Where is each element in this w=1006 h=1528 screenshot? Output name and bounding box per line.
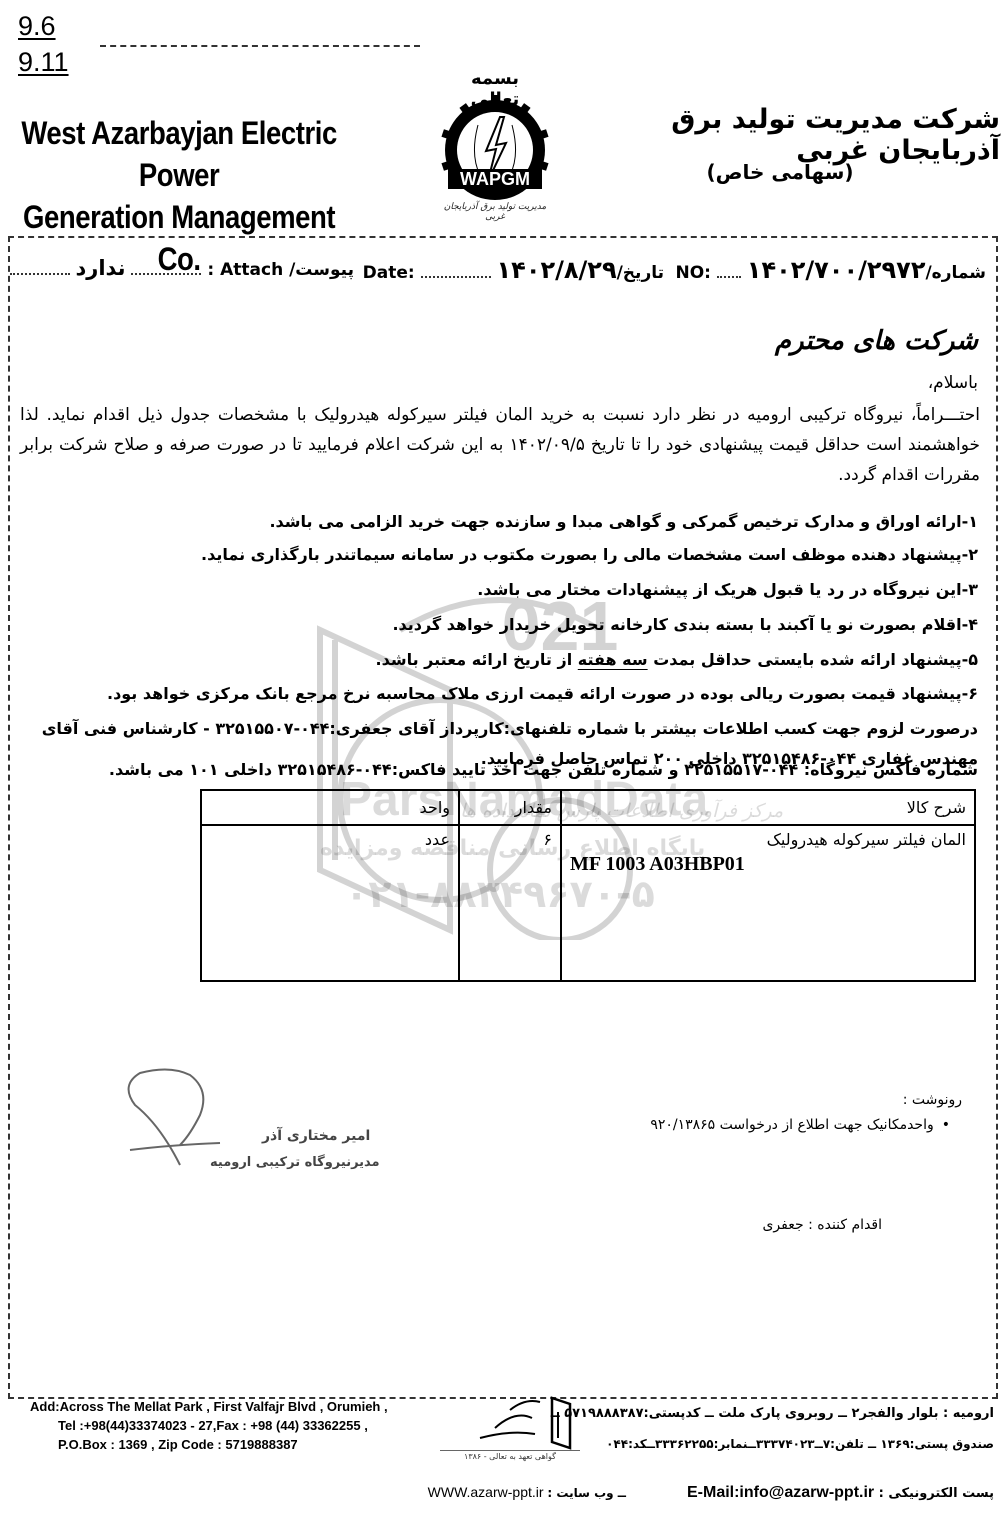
cc-item: واحدمکانیک جهت اطلاع از درخواست ۹۲۰/۱۳۸۶… <box>650 1117 950 1133</box>
header-description: شرح کالا <box>561 790 975 825</box>
item-unit: عدد <box>201 825 459 981</box>
company-name-fa: شرکت مدیریت تولید برق آذربایجان غربی <box>560 104 1000 166</box>
letter-date-value: ۱۴۰۲/۸/۲۹ <box>497 256 617 284</box>
condition-3: ۳-این نیروگاه در رد یا قبول هریک از پیشن… <box>477 580 978 599</box>
website-link[interactable]: WWW.azarw-ppt.ir <box>428 1484 544 1500</box>
emphasis-three-weeks: سه هفته <box>578 650 648 669</box>
letter-number: شماره/NO: ۱۴۰۲/۷۰۰/۲۹۷۲ <box>675 256 986 284</box>
letter-number-value: ۱۴۰۲/۷۰۰/۲۹۷۲ <box>747 256 926 284</box>
items-table: شرح کالا مقدار واحد المان فیلتر سیرکوله … <box>200 789 976 982</box>
item-description: المان فیلتر سیرکوله هیدرولیک MF 1003 A03… <box>561 825 975 981</box>
footer-tel-fa: صندوق پستی:۱۳۶۹ ــ تلفن:۷ــ۳۳۳۷۴۰۲۳ــنما… <box>606 1437 994 1451</box>
ref-number-1: 9.6 <box>18 12 56 41</box>
footer-website: WWW.azarw-ppt.ir ــ وب سایت : <box>428 1484 626 1500</box>
award-caption: گواهی تعهد به تعالی - ۱۳۸۶ <box>440 1450 580 1461</box>
header-unit: واحد <box>201 790 459 825</box>
intro-paragraph: احتـــراماً، نیروگاه ترکیبی ارومیه در نظ… <box>20 400 980 490</box>
email-link[interactable]: E-Mail:info@azarw-ppt.ir <box>687 1484 874 1501</box>
item-code: MF 1003 A03HBP01 <box>570 853 966 876</box>
footer-email: E-Mail:info@azarw-ppt.ir پست الکترونیکی … <box>687 1484 994 1502</box>
footer-address-fa: ارومیه : بلوار والفجر۲ ــ روبروی پارک مل… <box>551 1406 994 1421</box>
cc-label: رونوشت : <box>903 1092 962 1108</box>
top-divider <box>100 45 420 47</box>
logo-caption: مدیریت تولید برق آذربایجان غربی <box>435 202 555 222</box>
signatory-title: مدیرنیروگاه ترکیبی ارومیه <box>210 1155 380 1170</box>
wapgm-logo-icon: WAPGM <box>440 95 550 205</box>
condition-4: ۴-اقلام بصورت نو یا آکبند با بسته بندی ک… <box>392 615 978 634</box>
fax-info: شماره فاکس نیروگاه: ۰۴۴-۳۲۵۱۵۵۱۷ و شماره… <box>109 760 978 779</box>
letter-date: تاریخ/Date: ۱۴۰۲/۸/۲۹ <box>363 256 664 284</box>
table-row: المان فیلتر سیرکوله هیدرولیک MF 1003 A03… <box>201 825 975 981</box>
attachment-value: ندارد <box>75 256 125 280</box>
company-type-fa: (سهامی خاص) <box>660 160 900 184</box>
acted-by: اقدام کننده : جعفری <box>762 1217 882 1233</box>
item-quantity: ۶ <box>459 825 561 981</box>
condition-1: ۱-ارائه اوراق و مدارک ترخیص گمرکی و گواه… <box>269 512 978 531</box>
greeting: باسلام، <box>928 373 978 393</box>
condition-6: ۶-پیشنهاد قیمت بصورت ریالی بوده در صورت … <box>107 684 978 703</box>
condition-2: ۲-پیشنهاد دهنده موظف است مشخصات مالی را … <box>201 545 978 564</box>
condition-5: ۵-پیشنهاد ارائه شده بایستی حداقل بمدت سه… <box>376 650 978 669</box>
ref-number-2: 9.11 <box>18 48 69 77</box>
letter-attachment: پیوست/ Attach : ندارد <box>10 256 354 280</box>
table-header-row: شرح کالا مقدار واحد <box>201 790 975 825</box>
signatory-name: امیر مختاری آذر <box>262 1128 370 1144</box>
svg-text:WAPGM: WAPGM <box>460 169 530 189</box>
header-quantity: مقدار <box>459 790 561 825</box>
footer-address-en: Add:Across The Mellat Park , First Valfa… <box>30 1397 388 1454</box>
salutation: شرکت های محترم <box>775 326 978 356</box>
